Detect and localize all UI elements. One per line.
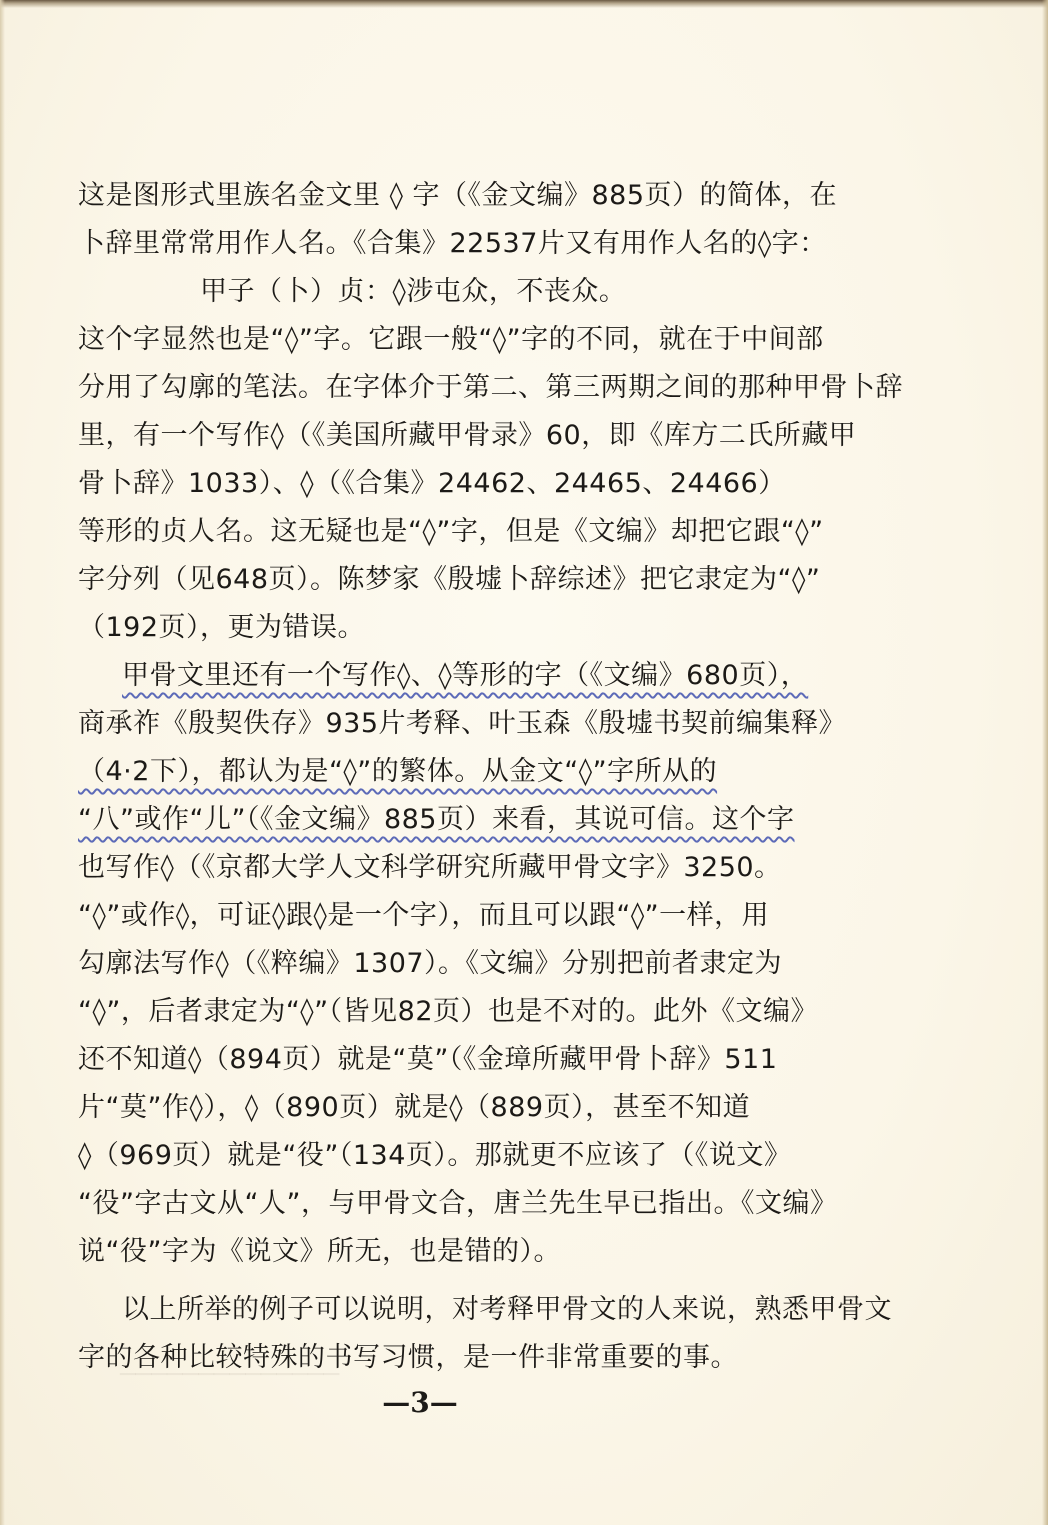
page-top-edge: [0, 0, 1048, 8]
text-line: “◊”或作◊，可证◊跟◊是一个字），而且可以跟“◊”一样，用: [78, 892, 908, 940]
text-line: 等形的贞人名。这无疑也是“◊”字，但是《文编》却把它跟“◊”: [78, 508, 908, 556]
text-line-underlined: （4·2下），都认为是“◊”的繁体。从金文“◊”字所从的: [78, 748, 908, 796]
quoted-inscription: 甲子（卜）贞：◊涉屯众，不丧众。: [78, 268, 908, 316]
page-number: —3—: [380, 1386, 460, 1419]
text-line: （192页），更为错误。: [78, 604, 908, 652]
text-line: 说“役”字为《说文》所无，也是错的）。: [78, 1228, 908, 1276]
text-line: 字的各种比较特殊的书写习惯，是一件非常重要的事。: [78, 1334, 908, 1382]
text-line: 骨卜辞》1033）、◊（《合集》24462、24465、24466）: [78, 460, 908, 508]
text-line: 卜辞里常常用作人名。《合集》22537片又有用作人名的◊字：: [78, 220, 908, 268]
text-line: 片“莫”作◊），◊（890页）就是◊（889页），甚至不知道: [78, 1084, 908, 1132]
text-line: 商承祚《殷契佚存》935片考释、叶玉森《殷墟书契前编集释》: [78, 700, 908, 748]
text-line: “役”字古文从“人”，与甲骨文合，唐兰先生早已指出。《文编》: [78, 1180, 908, 1228]
text-line: 分用了勾廓的笔法。在字体介于第二、第三两期之间的那种甲骨卜辞: [78, 364, 908, 412]
paragraph-start: 以上所举的例子可以说明，对考释甲骨文的人来说，熟悉甲骨文: [78, 1286, 908, 1334]
text-line: 这是图形式里族名金文里 ◊ 字（《金文编》885页）的简体，在: [78, 172, 908, 220]
text-line: ◊（969页）就是“役”（134页）。那就更不应该了（《说文》: [78, 1132, 908, 1180]
paragraph-start-underlined: 甲骨文里还有一个写作◊、◊等形的字（《文编》680页），: [78, 652, 908, 700]
text-line: 里，有一个写作◊（《美国所藏甲骨录》60，即《库方二氏所藏甲: [78, 412, 908, 460]
text-line: 勾廓法写作◊（《粹编》1307）。《文编》分别把前者隶定为: [78, 940, 908, 988]
scanned-page: ────────────── 这是图形式里族名金文里 ◊ 字（《金文编》885页…: [0, 0, 1048, 1525]
text-line: “◊”，后者隶定为“◊”（皆见82页）也是不对的。此外《文编》: [78, 988, 908, 1036]
page-right-edge: [1042, 0, 1048, 1525]
page-left-edge: [0, 0, 5, 1525]
text-line: 还不知道◊（894页）就是“莫”（《金璋所藏甲骨卜辞》511: [78, 1036, 908, 1084]
text-line: 字分列（见648页）。陈梦家《殷墟卜辞综述》把它隶定为“◊”: [78, 556, 908, 604]
text-line: 也写作◊（《京都大学人文科学研究所藏甲骨文字》3250。: [78, 844, 908, 892]
text-line: 这个字显然也是“◊”字。它跟一般“◊”字的不同，就在于中间部: [78, 316, 908, 364]
text-line-underlined: “八”或作“儿”（《金文编》885页）来看，其说可信。这个字: [78, 796, 908, 844]
body-text: 这是图形式里族名金文里 ◊ 字（《金文编》885页）的简体，在 卜辞里常常用作人…: [78, 172, 908, 1382]
